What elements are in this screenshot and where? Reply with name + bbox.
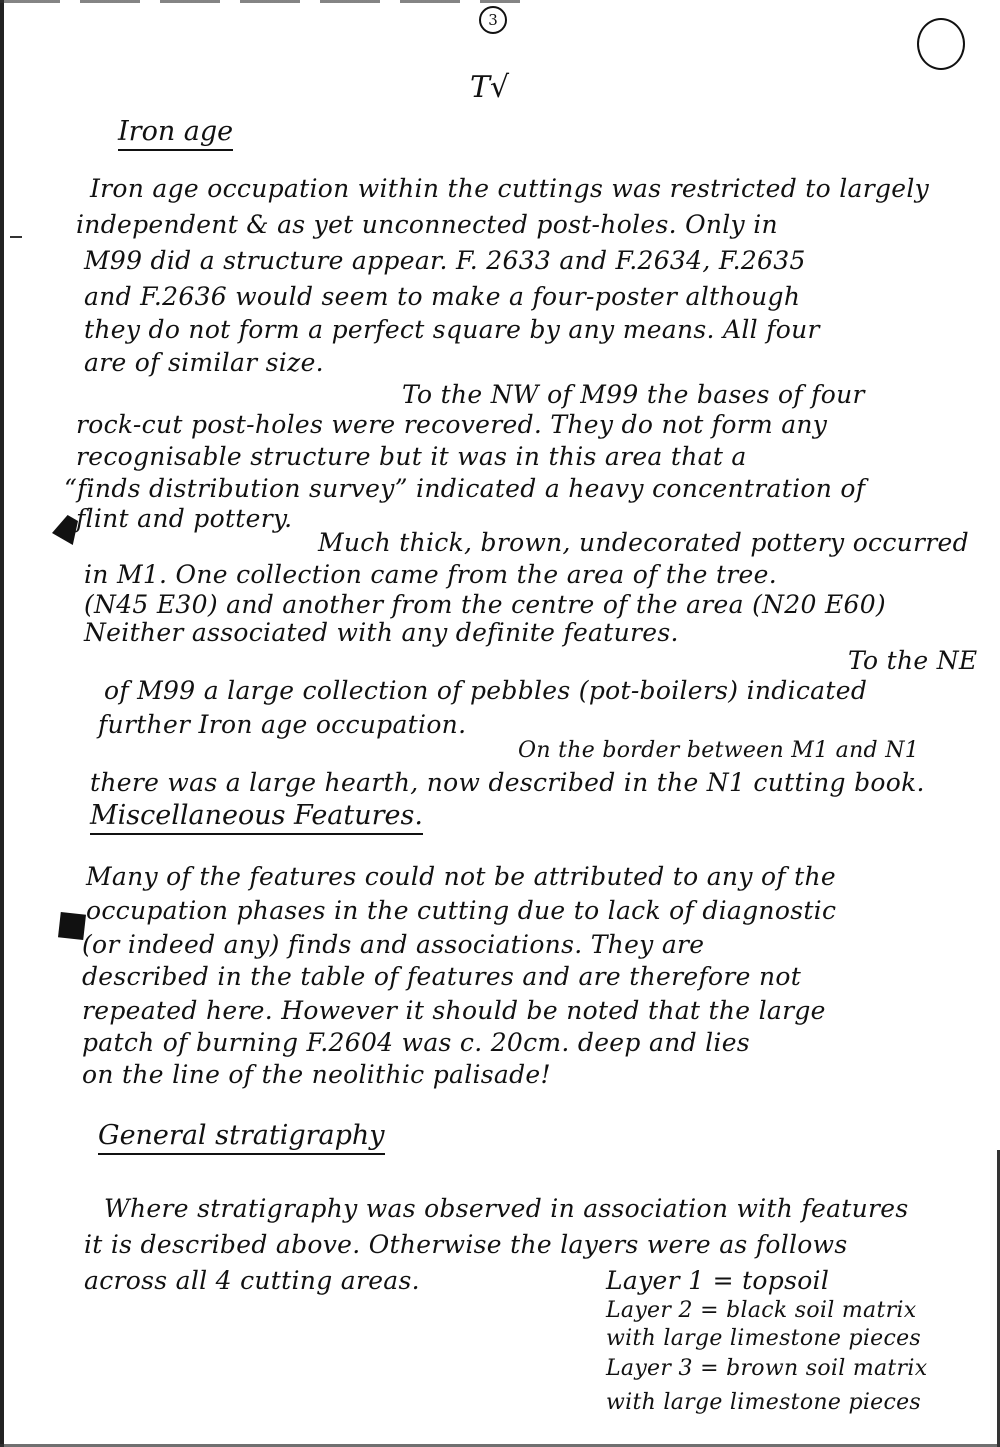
layer-line: Layer 2 = black soil matrix (606, 1298, 916, 1323)
ink-blot (52, 515, 78, 545)
text-line: To the NW of M99 the bases of four (402, 380, 865, 409)
text-line: on the line of the neolithic palisade! (82, 1060, 551, 1089)
section-heading-misc-features: Miscellaneous Features. (90, 800, 423, 835)
text-line: rock-cut post-holes were recovered. They… (76, 410, 827, 439)
text-line: they do not form a perfect square by any… (84, 315, 820, 344)
text-line: Neither associated with any definite fea… (84, 618, 679, 647)
text-line: Iron age occupation within the cuttings … (90, 174, 929, 203)
checked-mark: T√ (470, 70, 509, 105)
text-line: M99 did a structure appear. F. 2633 and … (84, 246, 806, 275)
text-line: in M1. One collection came from the area… (84, 560, 777, 589)
section-heading-general-stratigraphy: General stratigraphy (98, 1120, 385, 1155)
margin-mark (10, 236, 22, 238)
text-line: patch of burning F.2604 was c. 20cm. dee… (82, 1028, 750, 1057)
text-line: recognisable structure but it was in thi… (76, 442, 747, 471)
text-line: (or indeed any) finds and associations. … (82, 930, 704, 959)
text-line: flint and pottery. (76, 504, 292, 533)
text-line: and F.2636 would seem to make a four-pos… (84, 282, 800, 311)
layer-line: with large limestone pieces (606, 1390, 921, 1415)
text-line: independent & as yet unconnected post-ho… (76, 210, 778, 239)
page-number: 3 (479, 6, 507, 34)
layer-line: Layer 1 = topsoil (606, 1266, 829, 1295)
text-line: Much thick, brown, undecorated pottery o… (318, 528, 969, 557)
text-line: (N45 E30) and another from the centre of… (84, 590, 886, 619)
text-line: “finds distribution survey” indicated a … (64, 474, 865, 503)
punch-hole-circle-icon (917, 18, 965, 70)
text-line: Many of the features could not be attrib… (86, 862, 836, 891)
scan-edge-top (0, 0, 520, 3)
text-line: repeated here. However it should be note… (82, 996, 826, 1025)
layer-line: Layer 3 = brown soil matrix (606, 1356, 927, 1381)
text-line: To the NE (848, 646, 977, 675)
text-line: there was a large hearth, now described … (90, 768, 925, 797)
text-line: Where stratigraphy was observed in assoc… (104, 1194, 909, 1223)
section-heading-iron-age: Iron age (118, 116, 233, 151)
text-line: further Iron age occupation. (98, 710, 466, 739)
text-line: of M99 a large collection of pebbles (po… (104, 676, 867, 705)
text-line: described in the table of features and a… (82, 962, 801, 991)
text-line: across all 4 cutting areas. (84, 1266, 420, 1295)
text-line: occupation phases in the cutting due to … (86, 896, 836, 925)
layer-line: with large limestone pieces (606, 1326, 921, 1351)
text-line: On the border between M1 and N1 (518, 738, 919, 763)
text-line: are of similar size. (84, 348, 324, 377)
text-line: it is described above. Otherwise the lay… (84, 1230, 848, 1259)
scan-edge-left (0, 0, 4, 1447)
